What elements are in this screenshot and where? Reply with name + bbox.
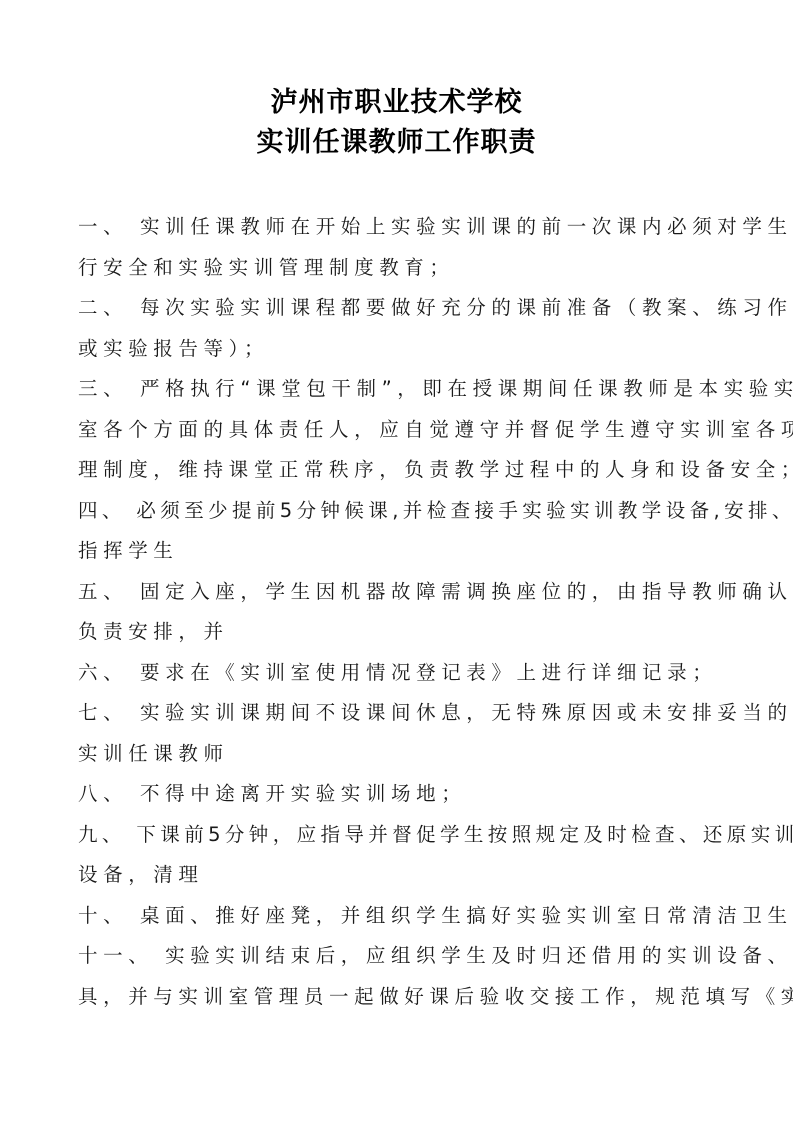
body-line: 理制度，维持课堂正常秩序，负责教学过程中的人身和设备安全；: [78, 450, 720, 491]
body-line: 四、 必须至少提前5分钟候课,并检查接手实验实训教学设备,安排、: [78, 491, 720, 532]
body-line: 七、 实验实训课期间不设课间休息，无特殊原因或未安排妥当的，: [78, 693, 720, 734]
body-line: 负责安排，并: [78, 612, 720, 653]
body-line: 或实验报告等）；: [78, 329, 720, 370]
body-line: 九、 下课前5分钟，应指导并督促学生按照规定及时检查、还原实训: [78, 815, 720, 856]
body-line: 指挥学生: [78, 531, 720, 572]
body-line: 五、 固定入座，学生因机器故障需调换座位的，由指导教师确认并: [78, 572, 720, 613]
body-line: 二、 每次实验实训课程都要做好充分的课前准备（教案、练习作业: [78, 288, 720, 329]
body-line: 具，并与实训室管理员一起做好课后验收交接工作，规范填写《实训: [78, 977, 720, 1018]
body-line: 十一、 实验实训结束后，应组织学生及时归还借用的实训设备、工: [78, 936, 720, 977]
body-line: 八、 不得中途离开实验实训场地；: [78, 774, 720, 815]
body-line: 实训任课教师: [78, 734, 720, 775]
body-line: 室各个方面的具体责任人，应自觉遵守并督促学生遵守实训室各项管: [78, 410, 720, 451]
body-line: 三、 严格执行“课堂包干制”，即在授课期间任课教师是本实验实训: [78, 369, 720, 410]
document-title-line-2: 实训任课教师工作职责: [0, 120, 793, 159]
document-body: 一、 实训任课教师在开始上实验实训课的前一次课内必须对学生进 行安全和实验实训管…: [78, 207, 720, 1017]
body-line: 一、 实训任课教师在开始上实验实训课的前一次课内必须对学生进: [78, 207, 720, 248]
document-title-line-1: 泸州市职业技术学校: [0, 80, 793, 119]
body-line: 设备，清理: [78, 855, 720, 896]
body-line: 十、 桌面、推好座凳，并组织学生搞好实验实训室日常清洁卫生；: [78, 896, 720, 937]
body-line: 六、 要求在《实训室使用情况登记表》上进行详细记录；: [78, 653, 720, 694]
body-line: 行安全和实验实训管理制度教育；: [78, 248, 720, 289]
